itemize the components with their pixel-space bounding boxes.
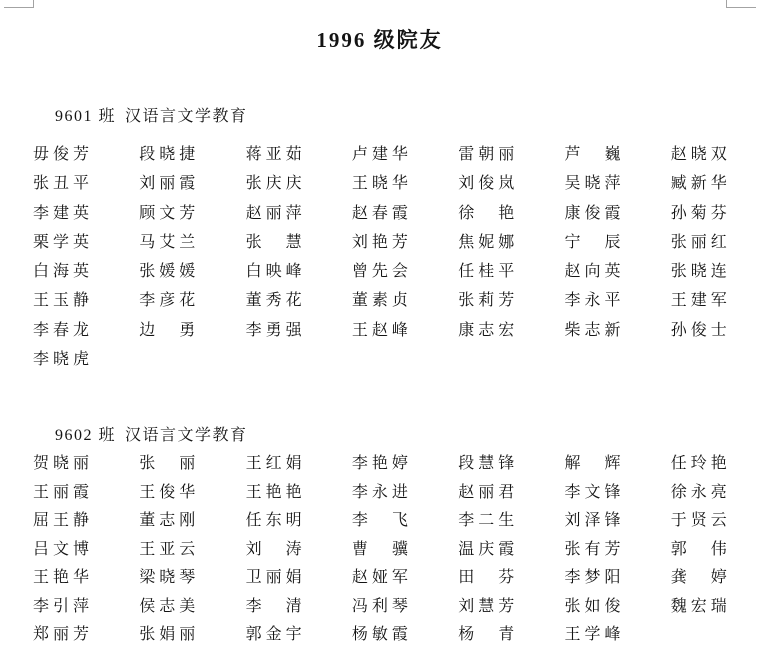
alumnus-name: 曾先会 [352,257,458,286]
alumnus-name: 王俊华 [139,479,245,508]
alumnus-name: 李文锋 [564,479,670,508]
alumnus-name: 白海英 [33,257,139,286]
alumnus-name: 康志宏 [458,316,564,345]
alumnus-name: 马艾兰 [139,228,245,257]
alumnus-name: 张晓连 [671,257,731,286]
alumnus-name: 任东明 [246,507,352,536]
alumnus-name: 李 清 [246,593,352,622]
alumnus-name: 王赵峰 [352,316,458,345]
alumnus-name: 魏宏瑞 [671,593,731,622]
alumnus-name: 张 丽 [139,450,245,479]
alumnus-name: 董志刚 [139,507,245,536]
alumnus-name: 刘泽锋 [564,507,670,536]
page-margin-mark-right [726,0,756,8]
program-name: 汉语言文学教育 [125,427,248,444]
alumnus-name: 龚 婷 [671,564,731,593]
alumnus-name: 王学峰 [564,621,670,650]
alumnus-name: 李永进 [352,479,458,508]
alumni-grid-9601: 毋俊芳段晓捷蒋亚茹卢建华雷朝丽芦 巍赵晓双张丑平刘丽霞张庆庆王晓华刘俊岚吴晓萍臧… [33,140,731,374]
alumnus-name: 刘 涛 [246,536,352,565]
alumnus-name: 田 芬 [458,564,564,593]
alumnus-name: 温庆霞 [458,536,564,565]
alumnus-name: 孙俊士 [671,316,731,345]
page-title: 1996 级院友 [0,24,759,54]
alumnus-name: 李永平 [564,286,670,315]
alumnus-name: 赵娅军 [352,564,458,593]
alumnus-name: 宁 辰 [564,228,670,257]
alumnus-name: 王丽霞 [33,479,139,508]
alumnus-name: 臧新华 [671,169,731,198]
alumnus-name: 刘艳芳 [352,228,458,257]
alumnus-name: 雷朝丽 [458,140,564,169]
alumnus-name: 张庆庆 [246,169,352,198]
alumnus-name: 赵春霞 [352,199,458,228]
alumnus-name: 徐 艳 [458,199,564,228]
alumnus-name: 孙菊芬 [671,199,731,228]
alumnus-name: 段慧锋 [458,450,564,479]
alumnus-name: 董秀花 [246,286,352,315]
alumnus-name: 王艳华 [33,564,139,593]
alumnus-name: 李艳婷 [352,450,458,479]
alumnus-name: 屈王静 [33,507,139,536]
alumnus-name: 张有芳 [564,536,670,565]
alumnus-name: 李梦阳 [564,564,670,593]
alumnus-name: 焦妮娜 [458,228,564,257]
alumnus-name: 张娟丽 [139,621,245,650]
alumnus-name: 李彦花 [139,286,245,315]
alumnus-name: 张如俊 [564,593,670,622]
alumnus-name: 刘慧芳 [458,593,564,622]
class-label: 9601 班 [55,108,116,125]
class-label: 9602 班 [55,427,116,444]
alumnus-name: 王艳艳 [246,479,352,508]
alumnus-name: 张媛媛 [139,257,245,286]
document-page: 1996 级院友 9601 班汉语言文学教育 毋俊芳段晓捷蒋亚茹卢建华雷朝丽芦 … [0,0,759,654]
alumnus-name: 吴晓萍 [564,169,670,198]
alumnus-name: 赵晓双 [671,140,731,169]
alumnus-name: 刘俊岚 [458,169,564,198]
alumnus-name: 郑丽芳 [33,621,139,650]
alumnus-name: 郭金宇 [246,621,352,650]
alumnus-name: 侯志美 [139,593,245,622]
alumnus-name: 杨 青 [458,621,564,650]
alumnus-name: 王红娟 [246,450,352,479]
alumnus-name: 吕文博 [33,536,139,565]
alumnus-name: 王亚云 [139,536,245,565]
alumnus-name: 蒋亚茹 [246,140,352,169]
alumnus-name: 李建英 [33,199,139,228]
alumnus-name: 边 勇 [139,316,245,345]
alumnus-name: 张丽红 [671,228,731,257]
alumnus-name: 毋俊芳 [33,140,139,169]
alumnus-name: 张莉芳 [458,286,564,315]
alumnus-name: 赵丽萍 [246,199,352,228]
alumnus-name: 李春龙 [33,316,139,345]
alumnus-name: 张 慧 [246,228,352,257]
alumnus-name: 任玲艳 [671,450,731,479]
alumnus-name: 王建军 [671,286,731,315]
alumnus-name: 白映峰 [246,257,352,286]
alumnus-name: 刘丽霞 [139,169,245,198]
alumnus-name: 郭 伟 [671,536,731,565]
alumnus-name: 栗学英 [33,228,139,257]
alumnus-name: 卢建华 [352,140,458,169]
program-name: 汉语言文学教育 [125,108,248,125]
alumnus-name: 董素贞 [352,286,458,315]
alumnus-name: 徐永亮 [671,479,731,508]
alumnus-name: 李引萍 [33,593,139,622]
alumnus-name: 李二生 [458,507,564,536]
alumni-grid-9602: 贺晓丽张 丽王红娟李艳婷段慧锋解 辉任玲艳王丽霞王俊华王艳艳李永进赵丽君李文锋徐… [33,450,731,650]
alumnus-name: 李勇强 [246,316,352,345]
alumnus-name: 段晓捷 [139,140,245,169]
alumnus-name: 王玉静 [33,286,139,315]
section-header-9601: 9601 班汉语言文学教育 [33,85,248,144]
alumnus-name: 冯利琴 [352,593,458,622]
alumnus-name: 芦 巍 [564,140,670,169]
alumnus-name: 康俊霞 [564,199,670,228]
alumnus-name: 于贤云 [671,507,731,536]
alumnus-name: 解 辉 [564,450,670,479]
page-margin-mark-left [4,0,34,8]
alumnus-name: 梁晓琴 [139,564,245,593]
alumnus-name: 曹 骥 [352,536,458,565]
alumnus-name: 柴志新 [564,316,670,345]
alumnus-name: 赵丽君 [458,479,564,508]
alumnus-name: 李晓虎 [33,345,139,374]
alumnus-name: 李 飞 [352,507,458,536]
alumnus-name: 赵向英 [564,257,670,286]
alumnus-name: 张丑平 [33,169,139,198]
alumnus-name: 任桂平 [458,257,564,286]
alumnus-name: 顾文芳 [139,199,245,228]
alumnus-name: 杨敏霞 [352,621,458,650]
alumnus-name: 王晓华 [352,169,458,198]
alumnus-name: 卫丽娟 [246,564,352,593]
alumnus-name: 贺晓丽 [33,450,139,479]
